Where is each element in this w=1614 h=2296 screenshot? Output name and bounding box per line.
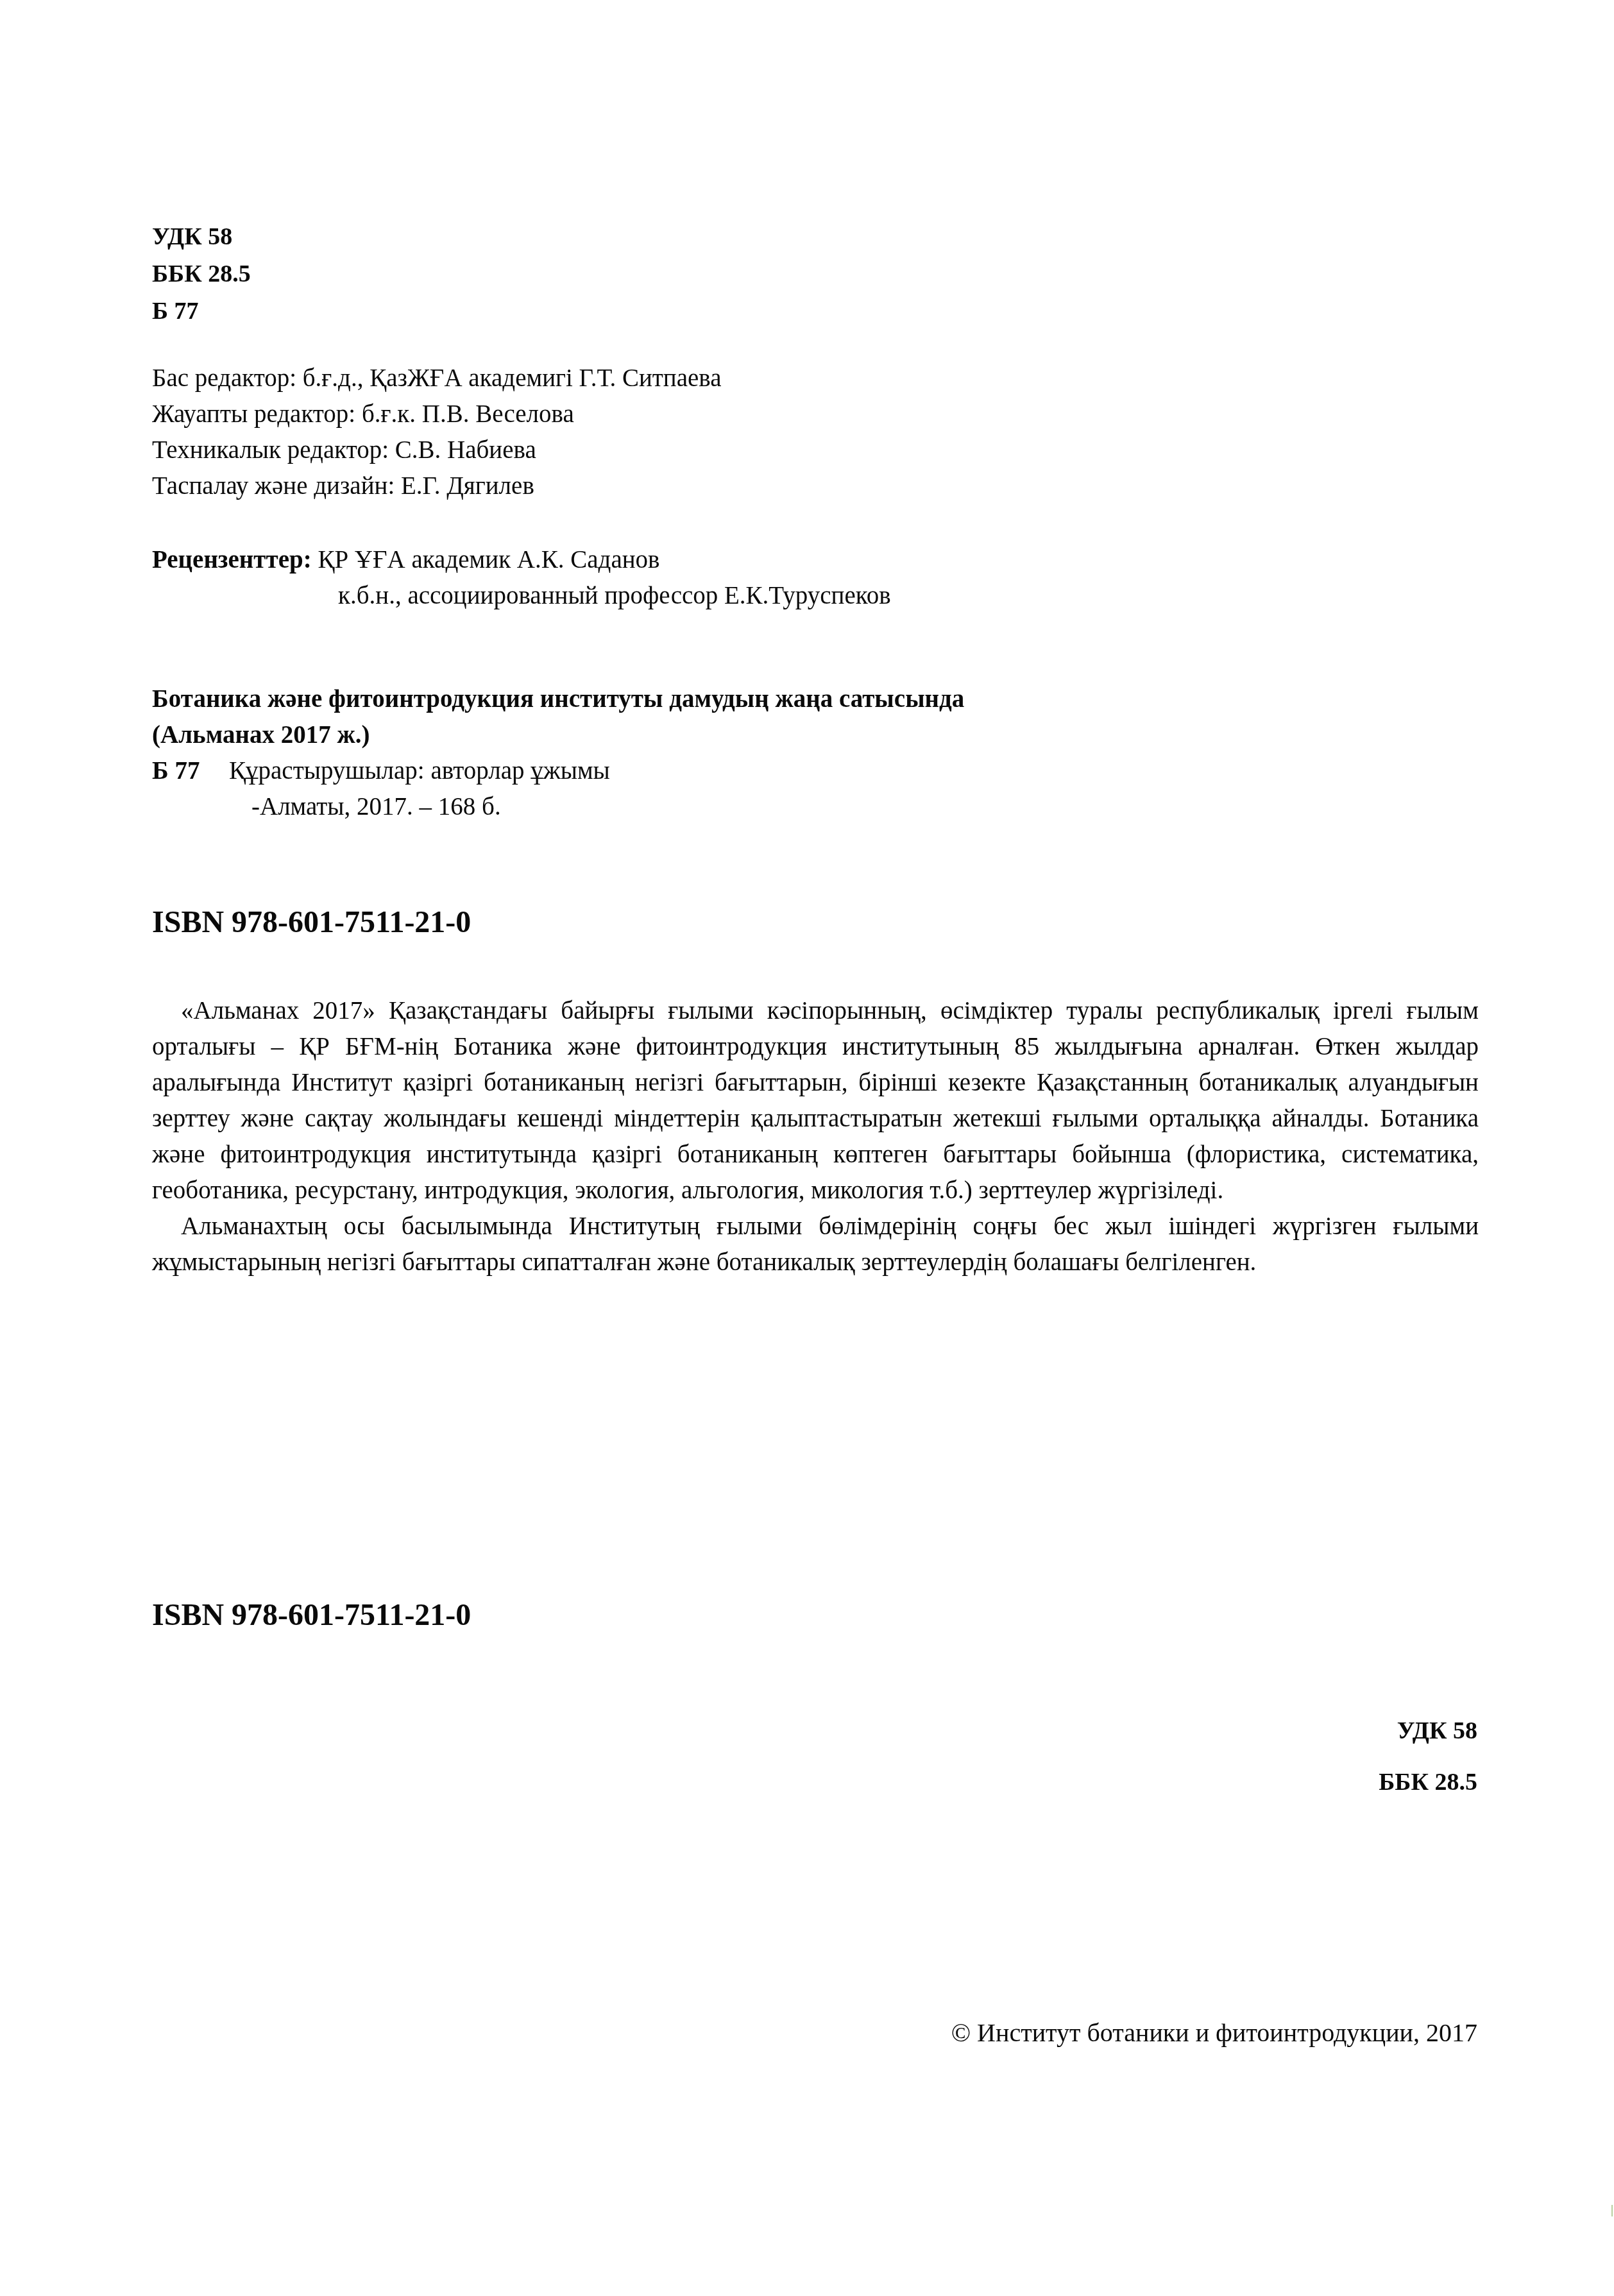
- reviewer-first: ҚР ҰҒА академик А.К. Саданов: [312, 546, 660, 574]
- book-title-line2: (Альманах 2017 ж.): [152, 717, 964, 753]
- abstract: «Альманах 2017» Қазақстандағы байырғы ғы…: [152, 993, 1479, 1280]
- margin-mark: [1611, 2205, 1613, 2216]
- author-mark: Б 77: [152, 293, 251, 330]
- bibliographic-block: Ботаника және фитоинтродукция институты …: [152, 681, 964, 825]
- bbk-code: ББК 28.5: [1379, 1756, 1477, 1808]
- imprint: -Алматы, 2017. – 168 б.: [152, 789, 964, 825]
- abstract-paragraph-1: «Альманах 2017» Қазақстандағы байырғы ғы…: [152, 993, 1479, 1209]
- book-title-line1: Ботаника және фитоинтродукция институты …: [152, 681, 964, 717]
- responsible-editor: Жауапты редактор: б.ғ.к. П.В. Веселова: [152, 396, 722, 432]
- udk-code: УДК 58: [152, 218, 251, 255]
- isbn-top: ISBN 978-601-7511-21-0: [152, 905, 471, 940]
- chief-editor: Бас редактор: б.ғ.д., ҚазЖҒА академигі Г…: [152, 361, 722, 396]
- classification-codes-top: УДК 58 ББК 28.5 Б 77: [152, 218, 251, 330]
- layout-designer: Таспалау және дизайн: Е.Г. Дягилев: [152, 468, 722, 504]
- technical-editor: Техникалык редактор: С.В. Набиева: [152, 432, 722, 468]
- author-mark: Б 77: [152, 753, 229, 789]
- compilers: Құрастырушылар: авторлар ұжымы: [229, 757, 610, 785]
- reviewers-label: Рецензенттер:: [152, 546, 312, 574]
- udk-code: УДК 58: [1379, 1705, 1477, 1756]
- copyright-notice: © Институт ботаники и фитоинтродукции, 2…: [951, 2018, 1477, 2048]
- editors-block: Бас редактор: б.ғ.д., ҚазЖҒА академигі Г…: [152, 361, 722, 504]
- reviewer-second: к.б.н., ассоциированный профессор Е.К.Ту…: [152, 578, 891, 614]
- bbk-code: ББК 28.5: [152, 255, 251, 293]
- reviewers-block: Рецензенттер: ҚР ҰҒА академик А.К. Садан…: [152, 542, 891, 614]
- abstract-paragraph-2: Альманахтың осы басылымында Институтың ғ…: [152, 1209, 1479, 1280]
- isbn-bottom: ISBN 978-601-7511-21-0: [152, 1597, 471, 1633]
- classification-codes-bottom: УДК 58 ББК 28.5: [1379, 1705, 1477, 1808]
